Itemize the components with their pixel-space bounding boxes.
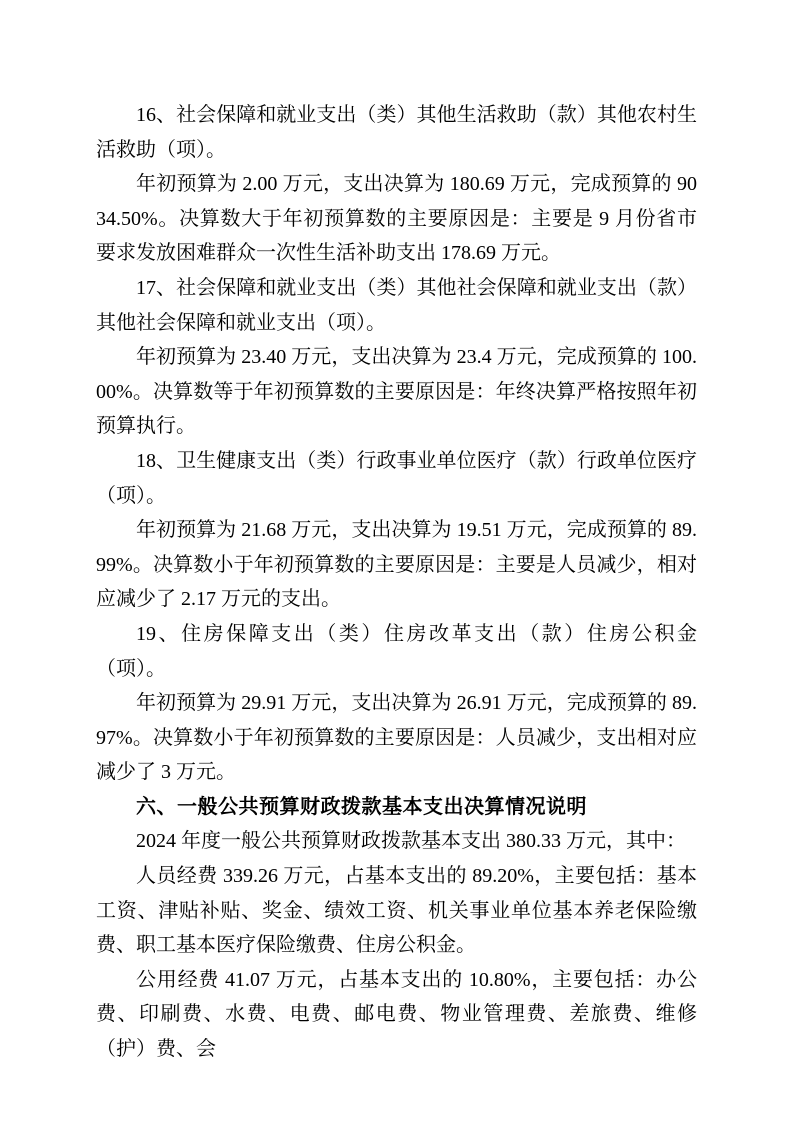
- paragraph-basic-expenditure-total: 2024 年度一般公共预算财政拨款基本支出 380.33 万元，其中：: [96, 824, 697, 859]
- paragraph-item-18-title: 18、卫生健康支出（类）行政事业单位医疗（款）行政单位医疗（项）。: [96, 444, 697, 513]
- paragraph-item-19-title: 19、住房保障支出（类）住房改革支出（款）住房公积金（项）。: [96, 617, 697, 686]
- paragraph-item-17-detail: 年初预算为 23.40 万元，支出决算为 23.4 万元，完成预算的 100.0…: [96, 340, 697, 444]
- paragraph-item-19-detail: 年初预算为 29.91 万元，支出决算为 26.91 万元，完成预算的 89.9…: [96, 686, 697, 790]
- paragraph-public-expense: 公用经费 41.07 万元，占基本支出的 10.80%，主要包括：办公费、印刷费…: [96, 963, 697, 1067]
- document-page: 16、社会保障和就业支出（类）其他生活救助（款）其他农村生活救助（项）。 年初预…: [0, 0, 793, 1122]
- paragraph-item-16-detail: 年初预算为 2.00 万元，支出决算为 180.69 万元，完成预算的 9034…: [96, 167, 697, 271]
- paragraph-personnel-expense: 人员经费 339.26 万元，占基本支出的 89.20%，主要包括：基本工资、津…: [96, 859, 697, 963]
- paragraph-item-17-title: 17、社会保障和就业支出（类）其他社会保障和就业支出（款）其他社会保障和就业支出…: [96, 271, 697, 340]
- paragraph-item-18-detail: 年初预算为 21.68 万元，支出决算为 19.51 万元，完成预算的 89.9…: [96, 513, 697, 617]
- section-6-heading: 六、一般公共预算财政拨款基本支出决算情况说明: [96, 790, 697, 825]
- paragraph-item-16-title: 16、社会保障和就业支出（类）其他生活救助（款）其他农村生活救助（项）。: [96, 98, 697, 167]
